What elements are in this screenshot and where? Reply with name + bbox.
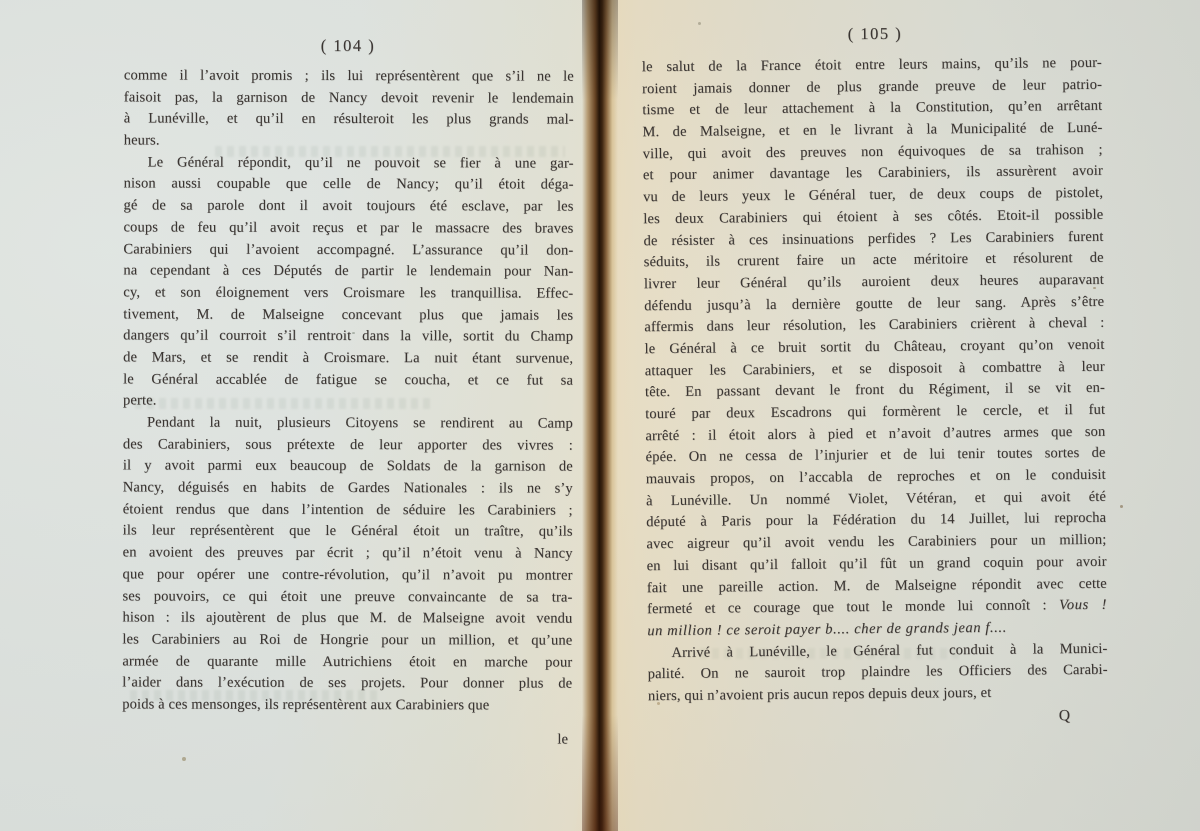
text-line: nison aussi coupable que celle de Nancy;… — [124, 174, 574, 197]
book-gutter-shadow — [582, 0, 618, 831]
text-line: dangers qu’il courroit s’il rentroit dan… — [123, 326, 573, 349]
text-line: à Lunéville, et qu’il en résulteroit les… — [124, 109, 574, 132]
paper-speck — [698, 22, 701, 25]
paper-speck — [1120, 505, 1123, 508]
text-line: de Mars, et se rendit à Croismare. La nu… — [123, 347, 573, 370]
text-line: Pendant la nuit, plusieurs Citoyens se r… — [123, 412, 573, 435]
left-page-lines: comme il l’avoit promis ; ils lui représ… — [122, 65, 574, 717]
text-line: que pour opérer une contre-révolution, q… — [123, 564, 573, 587]
paper-speck — [182, 757, 186, 761]
paper-speck — [1093, 287, 1096, 289]
text-line: Le Général répondit, qu’il ne pouvoit se… — [124, 152, 574, 175]
text-line: poids à ces mensonges, ils représentèren… — [122, 694, 572, 717]
catchword: le — [122, 728, 572, 751]
text-line: les Carabiniers au Roi de Hongrie pour u… — [122, 629, 572, 652]
text-line: ils leur représentèrent que le Général é… — [123, 521, 573, 544]
left-page-text-column: comme il l’avoit promis ; ils lui représ… — [122, 65, 574, 751]
text-line: gé de sa parole dont il avoit toujours é… — [123, 196, 573, 219]
signature-mark: Q — [648, 704, 1108, 730]
text-line: comme il l’avoit promis ; ils lui représ… — [124, 65, 574, 88]
text-line: niers, qui n’avoient pris aucun repos de… — [648, 682, 1108, 708]
text-line: Carabiniers qui l’avoient accompagné. L’… — [123, 239, 573, 262]
text-line: heurs. — [124, 130, 574, 153]
text-line: perte. — [123, 391, 573, 414]
right-page-lines: le salut de la France étoit entre leurs … — [642, 53, 1108, 708]
paper-speck — [352, 332, 355, 334]
text-line: cy, et son éloignement vers Croismare le… — [123, 282, 573, 305]
text-line: l’aider dans l’exécution de ses projets.… — [122, 673, 572, 696]
text-line: tivement, M. de Malseigne concevant plus… — [123, 304, 573, 327]
left-page-number: ( 104 ) — [123, 36, 573, 56]
text-line: na cependant à ces Députés de partir le … — [123, 261, 573, 284]
text-line: fermeté et ce courage que tout le monde … — [647, 595, 1107, 621]
right-page-text-column: le salut de la France étoit entre leurs … — [642, 53, 1108, 731]
text-line: armée de quarante mille Autrichiens étoi… — [122, 651, 572, 674]
text-line: Nancy, déguisés en habits de Gardes Nati… — [123, 477, 573, 500]
text-line: ses pouvoirs, ce qui étoit une preuve co… — [122, 586, 572, 609]
paper-speck — [657, 702, 660, 705]
text-line: faisoit pas, la garnison de Nancy devoit… — [124, 87, 574, 110]
text-line: en avoient des preuves par écrit ; qu’il… — [123, 543, 573, 566]
text-line: hison : ils ajoutèrent de plus que M. de… — [122, 608, 572, 631]
text-line: étoient rendus que dans l’intention de s… — [123, 499, 573, 522]
text-line: palité. On ne sauroit trop plaindre les … — [648, 660, 1108, 686]
text-line: le Général accablée de fatigue se coucha… — [123, 369, 573, 392]
text-line: il y avoit parmi eux beaucoup de Soldats… — [123, 456, 573, 479]
text-line: des Carabiniers, sous prétexte de leur a… — [123, 434, 573, 457]
text-line: coups de feu qu’il avoit reçus et par le… — [123, 217, 573, 240]
